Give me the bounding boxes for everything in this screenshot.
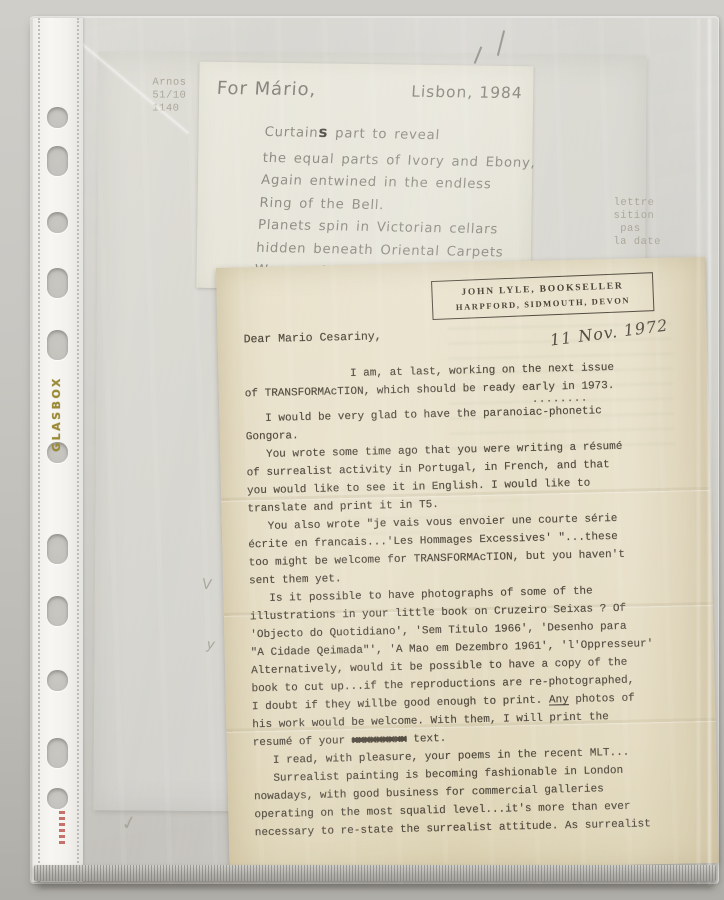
handwritten-date: 11 Nov. 1972	[549, 316, 670, 350]
photo-of-archived-letters: Arnos51/101140 lettresition pasla date ê…	[0, 0, 724, 900]
punch-hole	[47, 146, 68, 176]
typed-letter: JOHN LYLE, BOOKSELLER HARPFORD, SIDMOUTH…	[216, 257, 719, 874]
note-header: For Mário, Lisbon, 1984	[198, 62, 534, 104]
punch-hole	[47, 534, 68, 564]
punch-hole	[47, 268, 68, 298]
binder-strip: GLASBOX	[32, 18, 83, 882]
punch-hole	[47, 596, 68, 626]
pencil-check-mark: ✓	[119, 811, 139, 836]
bookseller-stamp: JOHN LYLE, BOOKSELLER HARPFORD, SIDMOUTH…	[431, 272, 654, 320]
sleeve-bottom-seam	[34, 865, 716, 881]
note-place-date: Lisbon, 1984	[411, 81, 524, 104]
typed-fragment-left: Arnos51/101140	[152, 76, 186, 115]
punch-hole	[47, 107, 68, 128]
pencil-scratch	[497, 30, 505, 56]
punch-hole	[47, 670, 68, 691]
punch-hole	[47, 212, 68, 233]
pencil-mark-v: V	[201, 576, 213, 593]
red-stamp-mark	[59, 808, 65, 844]
sleeve-brand-logo: GLASBOX	[50, 359, 66, 469]
letter-body: I am, at last, working on the next issue…	[244, 357, 700, 842]
handwritten-note: For Mário, Lisbon, 1984 Curtains part to…	[196, 62, 533, 293]
pencil-mark-y: y	[206, 637, 215, 654]
punch-hole	[47, 330, 68, 360]
punch-hole	[47, 738, 68, 768]
sleeve-shadow	[40, 884, 712, 888]
punch-hole	[47, 788, 68, 809]
plastic-sleeve: Arnos51/101140 lettresition pasla date ê…	[30, 16, 719, 884]
letter-salutation: Dear Mario Cesariny,	[243, 330, 381, 346]
note-recipient: For Mário,	[216, 78, 317, 100]
